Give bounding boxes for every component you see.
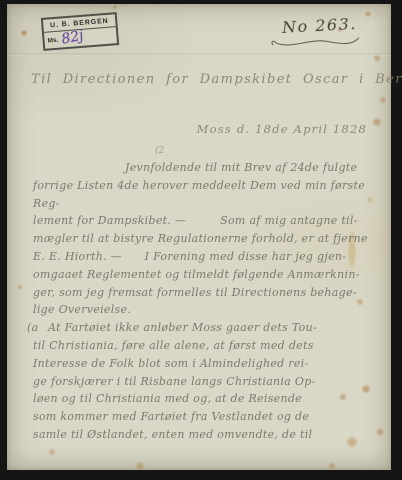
page-mark: (2 — [155, 146, 164, 156]
handwriting-line: E. E. Hiorth. — I Forening med disse har… — [33, 248, 385, 266]
address-line: Til Directionen for Dampskibet Oscar i B… — [31, 72, 387, 87]
letter-body: Jevnfoldende til mit Brev af 24de fulgte… — [33, 159, 385, 444]
letter-paper: U. B. BERGEN Ms. 82j No 263. Til Directi… — [7, 4, 391, 470]
manuscript-number: 82j — [60, 28, 85, 48]
handwriting-line: forrige Listen 4de herover meddeelt Dem … — [33, 177, 385, 213]
handwriting-line: samle til Østlandet, enten med omvendte,… — [33, 426, 385, 444]
fold-crease — [7, 53, 391, 56]
archive-stamp: U. B. BERGEN Ms. 82j — [41, 12, 119, 51]
manuscript-prefix-label: Ms. — [47, 37, 58, 45]
scanned-letter-page: U. B. BERGEN Ms. 82j No 263. Til Directi… — [0, 0, 402, 480]
handwriting-line: Jevnfoldende til mit Brev af 24de fulgte — [33, 159, 385, 177]
handwriting-line: ger, som jeg fremsat formelles til Direc… — [33, 284, 385, 302]
flourish-underline — [267, 32, 364, 51]
handwriting-line: til Christiania, føre alle alene, at før… — [33, 337, 385, 355]
handwriting-line: som kommer med Fartøiet fra Vestlandet o… — [33, 408, 385, 426]
handwriting-line: ge forskjærer i til Risbane langs Christ… — [33, 373, 385, 391]
handwriting-line: omgaaet Reglementet og tilmeldt følgende… — [33, 266, 385, 284]
handwriting-line: lige Overveielse. — [33, 301, 385, 319]
handwriting-line: Interesse de Folk blot som i Almindeligh… — [33, 355, 385, 373]
handwriting-line: løen og til Christiania med og, at de Re… — [33, 390, 385, 408]
handwriting-line: (a At Fartøiet ikke anløber Moss gaaer d… — [33, 319, 385, 337]
handwriting-line: mægler til at bistyre Regulationerne for… — [33, 230, 385, 248]
handwriting-line: lement for Dampskibet. — Som af mig anta… — [33, 212, 385, 230]
dateline: Moss d. 18de April 1828 — [197, 122, 367, 136]
